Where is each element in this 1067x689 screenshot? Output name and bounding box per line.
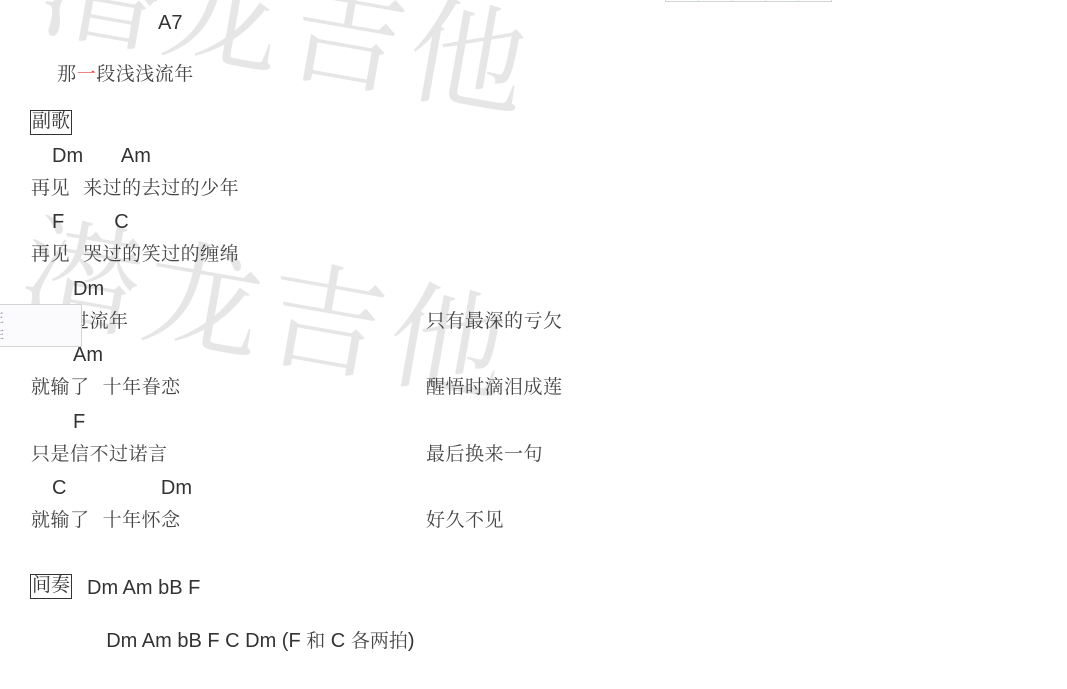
chord-line: Am bbox=[73, 345, 103, 365]
lyric-text: 那 bbox=[57, 63, 77, 85]
chord-line: Dm Am bbox=[52, 146, 151, 166]
lyric-line-right: 只有最深的亏欠 bbox=[426, 312, 563, 331]
lyric-line-right: 醒悟时滴泪成莲 bbox=[426, 378, 563, 397]
interlude-chords-2: Dm Am bB F C Dm (F 和 C 各两拍) bbox=[84, 611, 415, 671]
chord-sheet: A7 那一段浅浅流年 副歌 Dm Am 再见 来过的去过的少年 F C 再见 哭… bbox=[0, 0, 1067, 689]
popup-line: 注 bbox=[0, 328, 4, 340]
interlude-chords-1: Dm Am bB F bbox=[87, 578, 200, 598]
section-label-chorus: 副歌 bbox=[30, 110, 72, 135]
interlude-note-text: 和 bbox=[306, 630, 325, 652]
lyric-line: 再见 来过的去过的少年 bbox=[31, 179, 239, 198]
lyric-line: 就输了 十年怀念 bbox=[31, 511, 181, 530]
lyric-line-right: 最后换来一句 bbox=[426, 445, 543, 464]
lyric-line: 只是信不过诺言 bbox=[31, 445, 168, 464]
chord-line: F C bbox=[52, 212, 129, 232]
lyric-line: 就输了 十年眷恋 bbox=[31, 378, 181, 397]
interlude-chord-text: ) bbox=[408, 630, 415, 652]
popup-line: 王 bbox=[0, 312, 4, 324]
floating-popup[interactable]: 王 注 bbox=[0, 304, 82, 347]
table-cell bbox=[766, 0, 799, 1]
chord-line: A7 bbox=[158, 13, 182, 33]
interlude-note-text: 各两拍 bbox=[351, 630, 408, 652]
highlighted-char: 一 bbox=[77, 63, 97, 85]
chord-line: Dm bbox=[73, 279, 104, 299]
table-cell bbox=[732, 0, 765, 1]
chord-line: C Dm bbox=[52, 478, 192, 498]
chord-line: F bbox=[73, 412, 85, 432]
interlude-chord-text: Dm Am bB F C Dm (F bbox=[106, 630, 306, 652]
table-cell bbox=[666, 0, 699, 1]
section-label-interlude: 间奏 bbox=[30, 574, 72, 599]
table-cell bbox=[799, 0, 831, 1]
mini-table-edge bbox=[665, 0, 832, 2]
lyric-line-right: 好久不见 bbox=[426, 511, 504, 530]
table-cell bbox=[699, 0, 732, 1]
lyric-text: 段浅浅流年 bbox=[96, 63, 194, 85]
lyric-line: 再见 哭过的笑过的缠绵 bbox=[31, 245, 239, 264]
interlude-chord-text: C bbox=[325, 630, 351, 652]
lyric-line: 那一段浅浅流年 bbox=[31, 46, 194, 103]
